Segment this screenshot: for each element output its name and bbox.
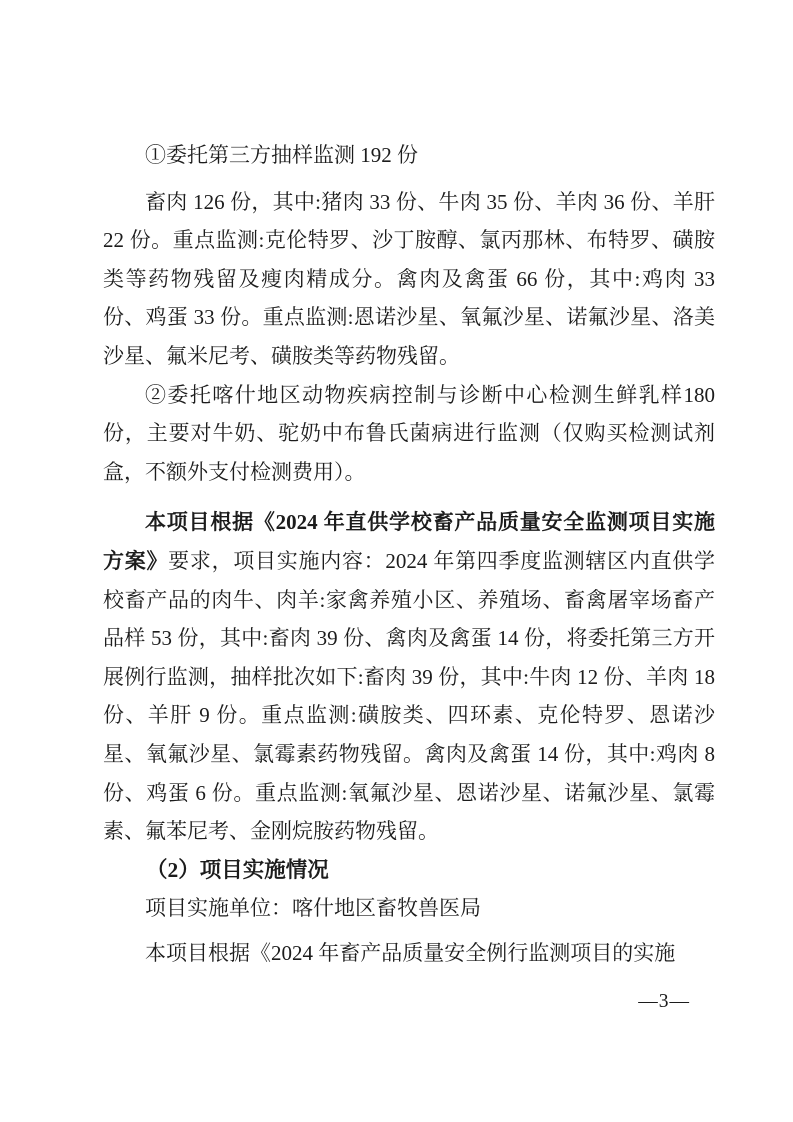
paragraph-livestock-sampling-detail: 畜肉 126 份，其中:猪肉 33 份、牛肉 35 份、羊肉 36 份、羊肝 2… (103, 183, 715, 376)
text-run: 要求，项目实施内容：2024 年第四季度监测辖区内直供学校畜产品的肉牛、肉羊:家… (103, 549, 715, 843)
paragraph-school-supply-project: 本项目根据《2024 年直供学校畜产品质量安全监测项目实施方案》要求，项目实施内… (103, 503, 715, 850)
paragraph-third-party-sampling: ①委托第三方抽样监测 192 份 (103, 136, 715, 175)
text-run: ①委托第三方抽样监测 192 份 (145, 143, 418, 167)
paragraph-implementing-unit: 项目实施单位：喀什地区畜牧兽医局 (103, 889, 715, 928)
text-run: 项目实施单位：喀什地区畜牧兽医局 (145, 896, 481, 920)
paragraph-project-basis: 本项目根据《2024 年畜产品质量安全例行监测项目的实施 (103, 934, 715, 973)
document-body: ①委托第三方抽样监测 192 份 畜肉 126 份，其中:猪肉 33 份、牛肉 … (103, 136, 715, 972)
text-run: 本项目根据《2024 年畜产品质量安全例行监测项目的实施 (145, 941, 675, 965)
page-number: —3— (638, 991, 690, 1013)
document-page: ①委托第三方抽样监测 192 份 畜肉 126 份，其中:猪肉 33 份、牛肉 … (0, 0, 793, 1122)
paragraph-milk-testing: ②委托喀什地区动物疾病控制与诊断中心检测生鲜乳样180 份，主要对牛奶、驼奶中布… (103, 376, 715, 492)
section-heading-project-implementation: （2）项目实施情况 (103, 851, 715, 890)
text-run: 畜肉 126 份，其中:猪肉 33 份、牛肉 35 份、羊肉 36 份、羊肝 2… (103, 190, 715, 368)
text-run: ②委托喀什地区动物疾病控制与诊断中心检测生鲜乳样180 份，主要对牛奶、驼奶中布… (103, 383, 715, 484)
